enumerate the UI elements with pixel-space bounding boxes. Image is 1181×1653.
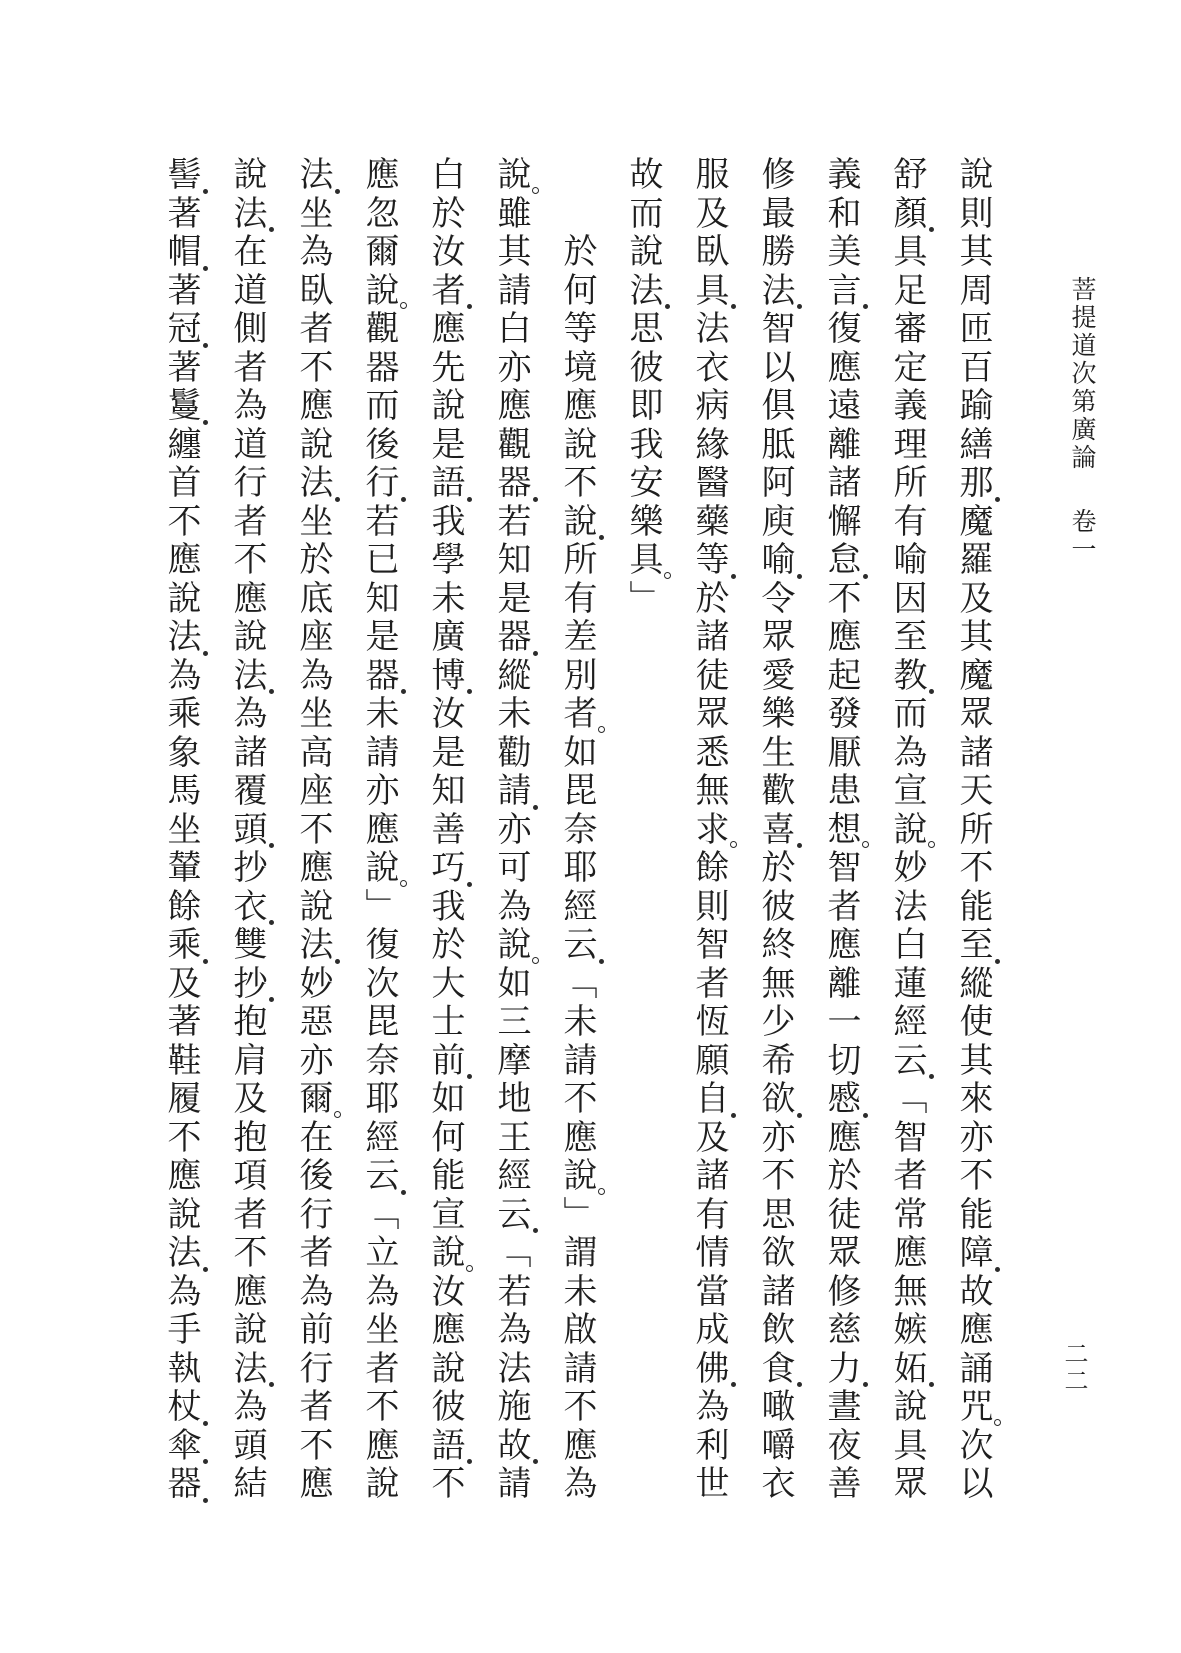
glyph: 不: [228, 1234, 265, 1273]
glyph: 晝: [822, 1388, 859, 1427]
glyph: 立: [360, 1234, 397, 1273]
glyph: 臥: [690, 233, 727, 272]
glyph: 何: [558, 272, 595, 311]
glyph: 汝: [426, 1273, 463, 1312]
glyph: 不: [954, 1157, 991, 1196]
glyph: 為: [162, 1273, 199, 1312]
glyph: 則: [954, 195, 991, 234]
glyph: 法: [888, 888, 925, 927]
text-column-1: 說則其周匝百踰繕那魔羅及其魔眾諸天所不能至縱使其來亦不能障故應誦咒次以: [939, 156, 1005, 1521]
glyph: 應: [360, 811, 397, 850]
glyph: 夜: [822, 1427, 859, 1466]
glyph: 肩: [228, 1042, 265, 1081]
glyph: 以: [954, 1465, 991, 1504]
glyph: 行: [294, 1196, 331, 1235]
glyph: 及: [954, 580, 991, 619]
glyph: 亦: [294, 1042, 331, 1081]
glyph: 為: [492, 888, 529, 927]
glyph: 雙: [228, 926, 265, 965]
glyph: 舒: [888, 156, 925, 195]
glyph: 道: [228, 426, 265, 465]
text-column-11: 法坐為臥者不應說法坐於底座為坐高座不應說法妙惡亦爾在後行者為前行者不應: [279, 156, 345, 1521]
glyph: 者: [294, 310, 331, 349]
glyph: 縱: [954, 965, 991, 1004]
glyph: 應: [558, 387, 595, 426]
glyph: 諸: [690, 618, 727, 657]
glyph: 經: [888, 1003, 925, 1042]
glyph: 者: [888, 1157, 925, 1196]
glyph: 思: [624, 310, 661, 349]
glyph: 何: [426, 1119, 463, 1158]
glyph: 因: [888, 580, 925, 619]
glyph: 服: [690, 156, 727, 195]
glyph: 在: [294, 1119, 331, 1158]
glyph: 應: [426, 310, 463, 349]
glyph: 奈: [558, 811, 595, 850]
glyph: 亦: [954, 1119, 991, 1158]
glyph: 語: [426, 464, 463, 503]
glyph: 抄: [228, 965, 265, 1004]
glyph: 說: [558, 503, 595, 542]
glyph: 說: [360, 1465, 397, 1504]
glyph: 纏: [162, 426, 199, 465]
glyph: 眾: [822, 1234, 859, 1273]
glyph: 及: [690, 1119, 727, 1158]
glyph: 是: [492, 580, 529, 619]
glyph: 差: [558, 618, 595, 657]
glyph: 於: [822, 1157, 859, 1196]
glyph: 妙: [888, 849, 925, 888]
glyph: 喻: [756, 541, 793, 580]
glyph: 為: [228, 695, 265, 734]
glyph: 境: [558, 349, 595, 388]
glyph: 忽: [360, 195, 397, 234]
glyph: 咒: [954, 1388, 991, 1427]
glyph: 美: [822, 233, 859, 272]
glyph: 彼: [624, 349, 661, 388]
glyph: 諸: [954, 734, 991, 773]
glyph: 應: [822, 618, 859, 657]
glyph: 諸: [756, 1273, 793, 1312]
glyph: 為: [888, 734, 925, 773]
glyph: 所: [558, 541, 595, 580]
glyph: 佛: [690, 1350, 727, 1389]
glyph: 所: [888, 464, 925, 503]
glyph: 云: [888, 1042, 925, 1081]
glyph: 請: [492, 1465, 529, 1504]
glyph: 衣: [756, 1465, 793, 1504]
glyph: 求: [690, 811, 727, 850]
glyph: 於: [558, 233, 595, 272]
glyph: 至: [888, 618, 925, 657]
glyph: 及: [228, 1080, 265, 1119]
glyph: 魔: [954, 657, 991, 696]
glyph: 法: [228, 1350, 265, 1389]
glyph: 魔: [954, 503, 991, 542]
glyph: 故: [624, 156, 661, 195]
glyph: 等: [558, 310, 595, 349]
text-column-6: 故而說法思彼即我安樂具﹂: [609, 156, 675, 1521]
glyph: 說: [294, 426, 331, 465]
glyph: 離: [822, 426, 859, 465]
glyph: 天: [954, 772, 991, 811]
glyph: 怠: [822, 541, 859, 580]
glyph: 顏: [888, 195, 925, 234]
glyph: 百: [954, 349, 991, 388]
glyph: 帽: [162, 233, 199, 272]
glyph: 無: [756, 965, 793, 1004]
glyph: 法: [228, 195, 265, 234]
glyph: 想: [822, 811, 859, 850]
glyph: 者: [294, 1234, 331, 1273]
glyph: 頭: [228, 811, 265, 850]
glyph: 為: [360, 1273, 397, 1312]
glyph: 衣: [228, 888, 265, 927]
glyph: 說: [426, 1234, 463, 1273]
glyph: 行: [360, 464, 397, 503]
glyph: 亦: [360, 772, 397, 811]
glyph: 不: [162, 503, 199, 542]
glyph: 說: [162, 1196, 199, 1235]
glyph: 修: [822, 1273, 859, 1312]
glyph: ﹁: [492, 1234, 529, 1273]
glyph: 說: [360, 849, 397, 888]
text-column-4: 修最勝法智以俱胝阿庾喻令眾愛樂生歡喜於彼終無少希欲亦不思欲諸飲食噉嚼衣: [741, 156, 807, 1521]
text-column-8: 說雖其請白亦應觀器若知是器縱未勸請亦可為說如三摩地王經云﹁若為法施故請: [477, 156, 543, 1521]
glyph: 噉: [756, 1388, 793, 1427]
glyph: 歡: [756, 772, 793, 811]
glyph: 法: [294, 926, 331, 965]
glyph: 恆: [690, 1003, 727, 1042]
glyph: 說: [426, 1350, 463, 1389]
glyph: 白: [888, 926, 925, 965]
glyph: 頭: [228, 1427, 265, 1466]
glyph: 食: [756, 1350, 793, 1389]
glyph: 座: [294, 618, 331, 657]
glyph: 則: [690, 888, 727, 927]
title-volume-gap: [1081, 472, 1082, 508]
glyph: 不: [822, 580, 859, 619]
glyph: ﹁: [360, 1196, 397, 1235]
glyph: 摩: [492, 1042, 529, 1081]
glyph: 王: [492, 1119, 529, 1158]
glyph: 云: [360, 1157, 397, 1196]
glyph: 有: [690, 1196, 727, 1235]
glyph: 法: [162, 1234, 199, 1273]
glyph: 三: [492, 1003, 529, 1042]
glyph: ﹂: [558, 1196, 595, 1235]
glyph: 衣: [690, 349, 727, 388]
glyph: ﹂: [360, 888, 397, 927]
glyph: 未: [558, 1273, 595, 1312]
glyph: 法: [294, 464, 331, 503]
glyph: 法: [294, 156, 331, 195]
glyph: ﹂: [624, 580, 661, 619]
glyph: 眾: [690, 695, 727, 734]
glyph: 緣: [690, 426, 727, 465]
glyph: 於: [426, 195, 463, 234]
glyph: 具: [888, 233, 925, 272]
glyph: 請: [360, 734, 397, 773]
glyph: 經: [360, 1119, 397, 1158]
glyph: 說: [162, 580, 199, 619]
glyph: 道: [228, 272, 265, 311]
text-column-9: 白於汝者應先說是語我學未廣博汝是知善巧我於大士前如何能宣說汝應說彼語不: [411, 156, 477, 1521]
glyph: 餘: [162, 888, 199, 927]
glyph: 鬘: [162, 387, 199, 426]
glyph: 器: [492, 618, 529, 657]
glyph: 令: [756, 580, 793, 619]
glyph: 後: [360, 426, 397, 465]
glyph: 來: [954, 1080, 991, 1119]
glyph: 勸: [492, 734, 529, 773]
glyph: 誦: [954, 1350, 991, 1389]
glyph: 藥: [690, 503, 727, 542]
glyph: 常: [888, 1196, 925, 1235]
glyph: 能: [426, 1157, 463, 1196]
glyph: 請: [558, 1042, 595, 1081]
glyph: 如: [492, 965, 529, 1004]
glyph: 應: [492, 387, 529, 426]
glyph: 病: [690, 387, 727, 426]
glyph: 雖: [492, 195, 529, 234]
glyph: 在: [228, 233, 265, 272]
glyph: 慼: [822, 1080, 859, 1119]
glyph: 先: [426, 349, 463, 388]
glyph: 至: [954, 926, 991, 965]
glyph: 鞋: [162, 1042, 199, 1081]
glyph: 器: [360, 657, 397, 696]
glyph: 次: [360, 965, 397, 1004]
glyph: 其: [954, 233, 991, 272]
glyph: 能: [954, 888, 991, 927]
glyph: 經: [492, 1157, 529, 1196]
glyph: 行: [294, 1350, 331, 1389]
glyph: 亦: [492, 349, 529, 388]
glyph: 著: [162, 1003, 199, 1042]
glyph: 嚼: [756, 1427, 793, 1466]
glyph: 者: [690, 965, 727, 1004]
glyph: 未: [558, 1003, 595, 1042]
glyph: 已: [360, 541, 397, 580]
glyph: 眾: [756, 618, 793, 657]
glyph: 定: [888, 349, 925, 388]
glyph: 終: [756, 926, 793, 965]
glyph: 義: [822, 156, 859, 195]
glyph: 彼: [426, 1388, 463, 1427]
glyph: 妬: [888, 1350, 925, 1389]
glyph: 欲: [756, 1234, 793, 1273]
glyph: 應: [558, 1427, 595, 1466]
glyph: 言: [822, 272, 859, 311]
glyph: 踰: [954, 387, 991, 426]
glyph: 不: [294, 1427, 331, 1466]
glyph: 我: [426, 888, 463, 927]
glyph: 不: [294, 811, 331, 850]
glyph: 嫉: [888, 1311, 925, 1350]
text-column-12: 說法在道側者為道行者不應說法為諸覆頭抄衣雙抄抱肩及抱項者不應說法為頭結: [213, 156, 279, 1521]
glyph: 徒: [690, 657, 727, 696]
glyph: 說: [360, 272, 397, 311]
text-column-5: 服及臥具法衣病緣醫藥等於諸徒眾悉無求餘則智者恆願自及諸有情當成佛為利世: [675, 156, 741, 1521]
glyph: 遠: [822, 387, 859, 426]
glyph: 障: [954, 1234, 991, 1273]
glyph: 說: [228, 618, 265, 657]
glyph: 法: [756, 272, 793, 311]
glyph: 器: [492, 464, 529, 503]
glyph: 底: [294, 580, 331, 619]
glyph: 乘: [162, 926, 199, 965]
glyph: 器: [360, 349, 397, 388]
glyph: 不: [162, 1119, 199, 1158]
glyph: 杖: [162, 1388, 199, 1427]
glyph: 應: [294, 387, 331, 426]
glyph: 胝: [756, 426, 793, 465]
glyph: 及: [162, 965, 199, 1004]
glyph: 說: [492, 156, 529, 195]
glyph: 復: [822, 310, 859, 349]
glyph: 應: [228, 1273, 265, 1312]
glyph: 廣: [426, 618, 463, 657]
glyph: 一: [822, 1003, 859, 1042]
glyph: 未: [492, 695, 529, 734]
glyph: 是: [426, 734, 463, 773]
text-column-3: 義和美言復應遠離諸懈怠不應起發厭患想智者應離一切慼應於徒眾修慈力晝夜善: [807, 156, 873, 1521]
glyph: 慈: [822, 1311, 859, 1350]
glyph: 其: [492, 233, 529, 272]
glyph: 結: [228, 1465, 265, 1504]
glyph: 智: [756, 310, 793, 349]
glyph: 高: [294, 734, 331, 773]
glyph: 足: [888, 272, 925, 311]
glyph: 側: [228, 310, 265, 349]
glyph: 說: [624, 233, 661, 272]
glyph: 著: [162, 272, 199, 311]
glyph: 當: [690, 1273, 727, 1312]
glyph: 而: [360, 387, 397, 426]
glyph: 故: [954, 1273, 991, 1312]
glyph: 為: [294, 657, 331, 696]
glyph: 項: [228, 1157, 265, 1196]
glyph: 羅: [954, 541, 991, 580]
glyph: 於: [426, 926, 463, 965]
glyph: 患: [822, 772, 859, 811]
glyph: 語: [426, 1427, 463, 1466]
glyph: 為: [162, 657, 199, 696]
glyph: 法: [228, 657, 265, 696]
glyph: 飲: [756, 1311, 793, 1350]
glyph: 有: [888, 503, 925, 542]
glyph: 情: [690, 1234, 727, 1273]
glyph: 應: [294, 1465, 331, 1504]
glyph: 諸: [228, 734, 265, 773]
glyph: 庾: [756, 503, 793, 542]
glyph: 應: [360, 1427, 397, 1466]
glyph: 不: [756, 1157, 793, 1196]
glyph: 地: [492, 1080, 529, 1119]
glyph: 法: [690, 310, 727, 349]
glyph: 最: [756, 195, 793, 234]
glyph: 不: [558, 1388, 595, 1427]
glyph: 坐: [162, 811, 199, 850]
glyph: 次: [954, 1427, 991, 1466]
glyph: 說: [426, 387, 463, 426]
glyph: 徒: [822, 1196, 859, 1235]
glyph: 若: [492, 1273, 529, 1312]
glyph: 後: [294, 1157, 331, 1196]
glyph: 請: [558, 1350, 595, 1389]
glyph: 觀: [360, 310, 397, 349]
glyph: 利: [690, 1427, 727, 1466]
glyph: 智: [888, 1119, 925, 1158]
glyph: 少: [756, 1003, 793, 1042]
glyph: 應: [228, 580, 265, 619]
glyph: 著: [162, 349, 199, 388]
glyph: 善: [426, 811, 463, 850]
glyph: 眾: [954, 695, 991, 734]
glyph: 前: [294, 1311, 331, 1350]
glyph: 生: [756, 734, 793, 773]
glyph: 抱: [228, 1119, 265, 1158]
glyph: 履: [162, 1080, 199, 1119]
glyph: 未: [426, 580, 463, 619]
glyph: 不: [228, 541, 265, 580]
glyph: 毘: [360, 1003, 397, 1042]
glyph: 那: [954, 464, 991, 503]
text-column-13: 髻著帽著冠著鬘纏首不應說法為乘象馬坐輦餘乘及著鞋履不應說法為手執杖傘器: [147, 156, 213, 1521]
glyph: 應: [162, 1157, 199, 1196]
glyph: 別: [558, 657, 595, 696]
glyph: 不: [954, 849, 991, 888]
glyph: 思: [756, 1196, 793, 1235]
text-column-7: 於何等境應說不說所有差別者如毘奈耶經云﹁未請不應說﹂謂未啟請不應為: [543, 156, 609, 1521]
glyph: 士: [426, 1003, 463, 1042]
glyph: 勝: [756, 233, 793, 272]
glyph: 而: [888, 695, 925, 734]
glyph: 應: [822, 1119, 859, 1158]
glyph: 有: [558, 580, 595, 619]
glyph: 謂: [558, 1234, 595, 1273]
glyph: 耶: [558, 849, 595, 888]
glyph: 奈: [360, 1042, 397, 1081]
glyph: 復: [360, 926, 397, 965]
glyph: 說: [558, 426, 595, 465]
glyph: 無: [690, 772, 727, 811]
glyph: 說: [294, 888, 331, 927]
volume-label: 卷一: [1068, 508, 1095, 564]
glyph: 其: [954, 618, 991, 657]
glyph: 法: [624, 272, 661, 311]
glyph: 白: [492, 310, 529, 349]
glyph: 首: [162, 464, 199, 503]
glyph: 坐: [294, 195, 331, 234]
glyph: 抱: [228, 1003, 265, 1042]
glyph: 應: [888, 1234, 925, 1273]
glyph: 於: [690, 580, 727, 619]
glyph: 知: [492, 541, 529, 580]
glyph: 起: [822, 657, 859, 696]
glyph: 為: [492, 1311, 529, 1350]
glyph: 繕: [954, 426, 991, 465]
text-column-2: 舒顏具足審定義理所有喻因至教而為宣說妙法白蓮經云﹁智者常應無嫉妬說具眾: [873, 156, 939, 1521]
glyph: 我: [624, 426, 661, 465]
glyph: 說: [228, 156, 265, 195]
glyph: 應: [360, 156, 397, 195]
glyph: 知: [426, 772, 463, 811]
glyph: 坐: [360, 1311, 397, 1350]
glyph: 經: [558, 888, 595, 927]
glyph: 切: [822, 1042, 859, 1081]
